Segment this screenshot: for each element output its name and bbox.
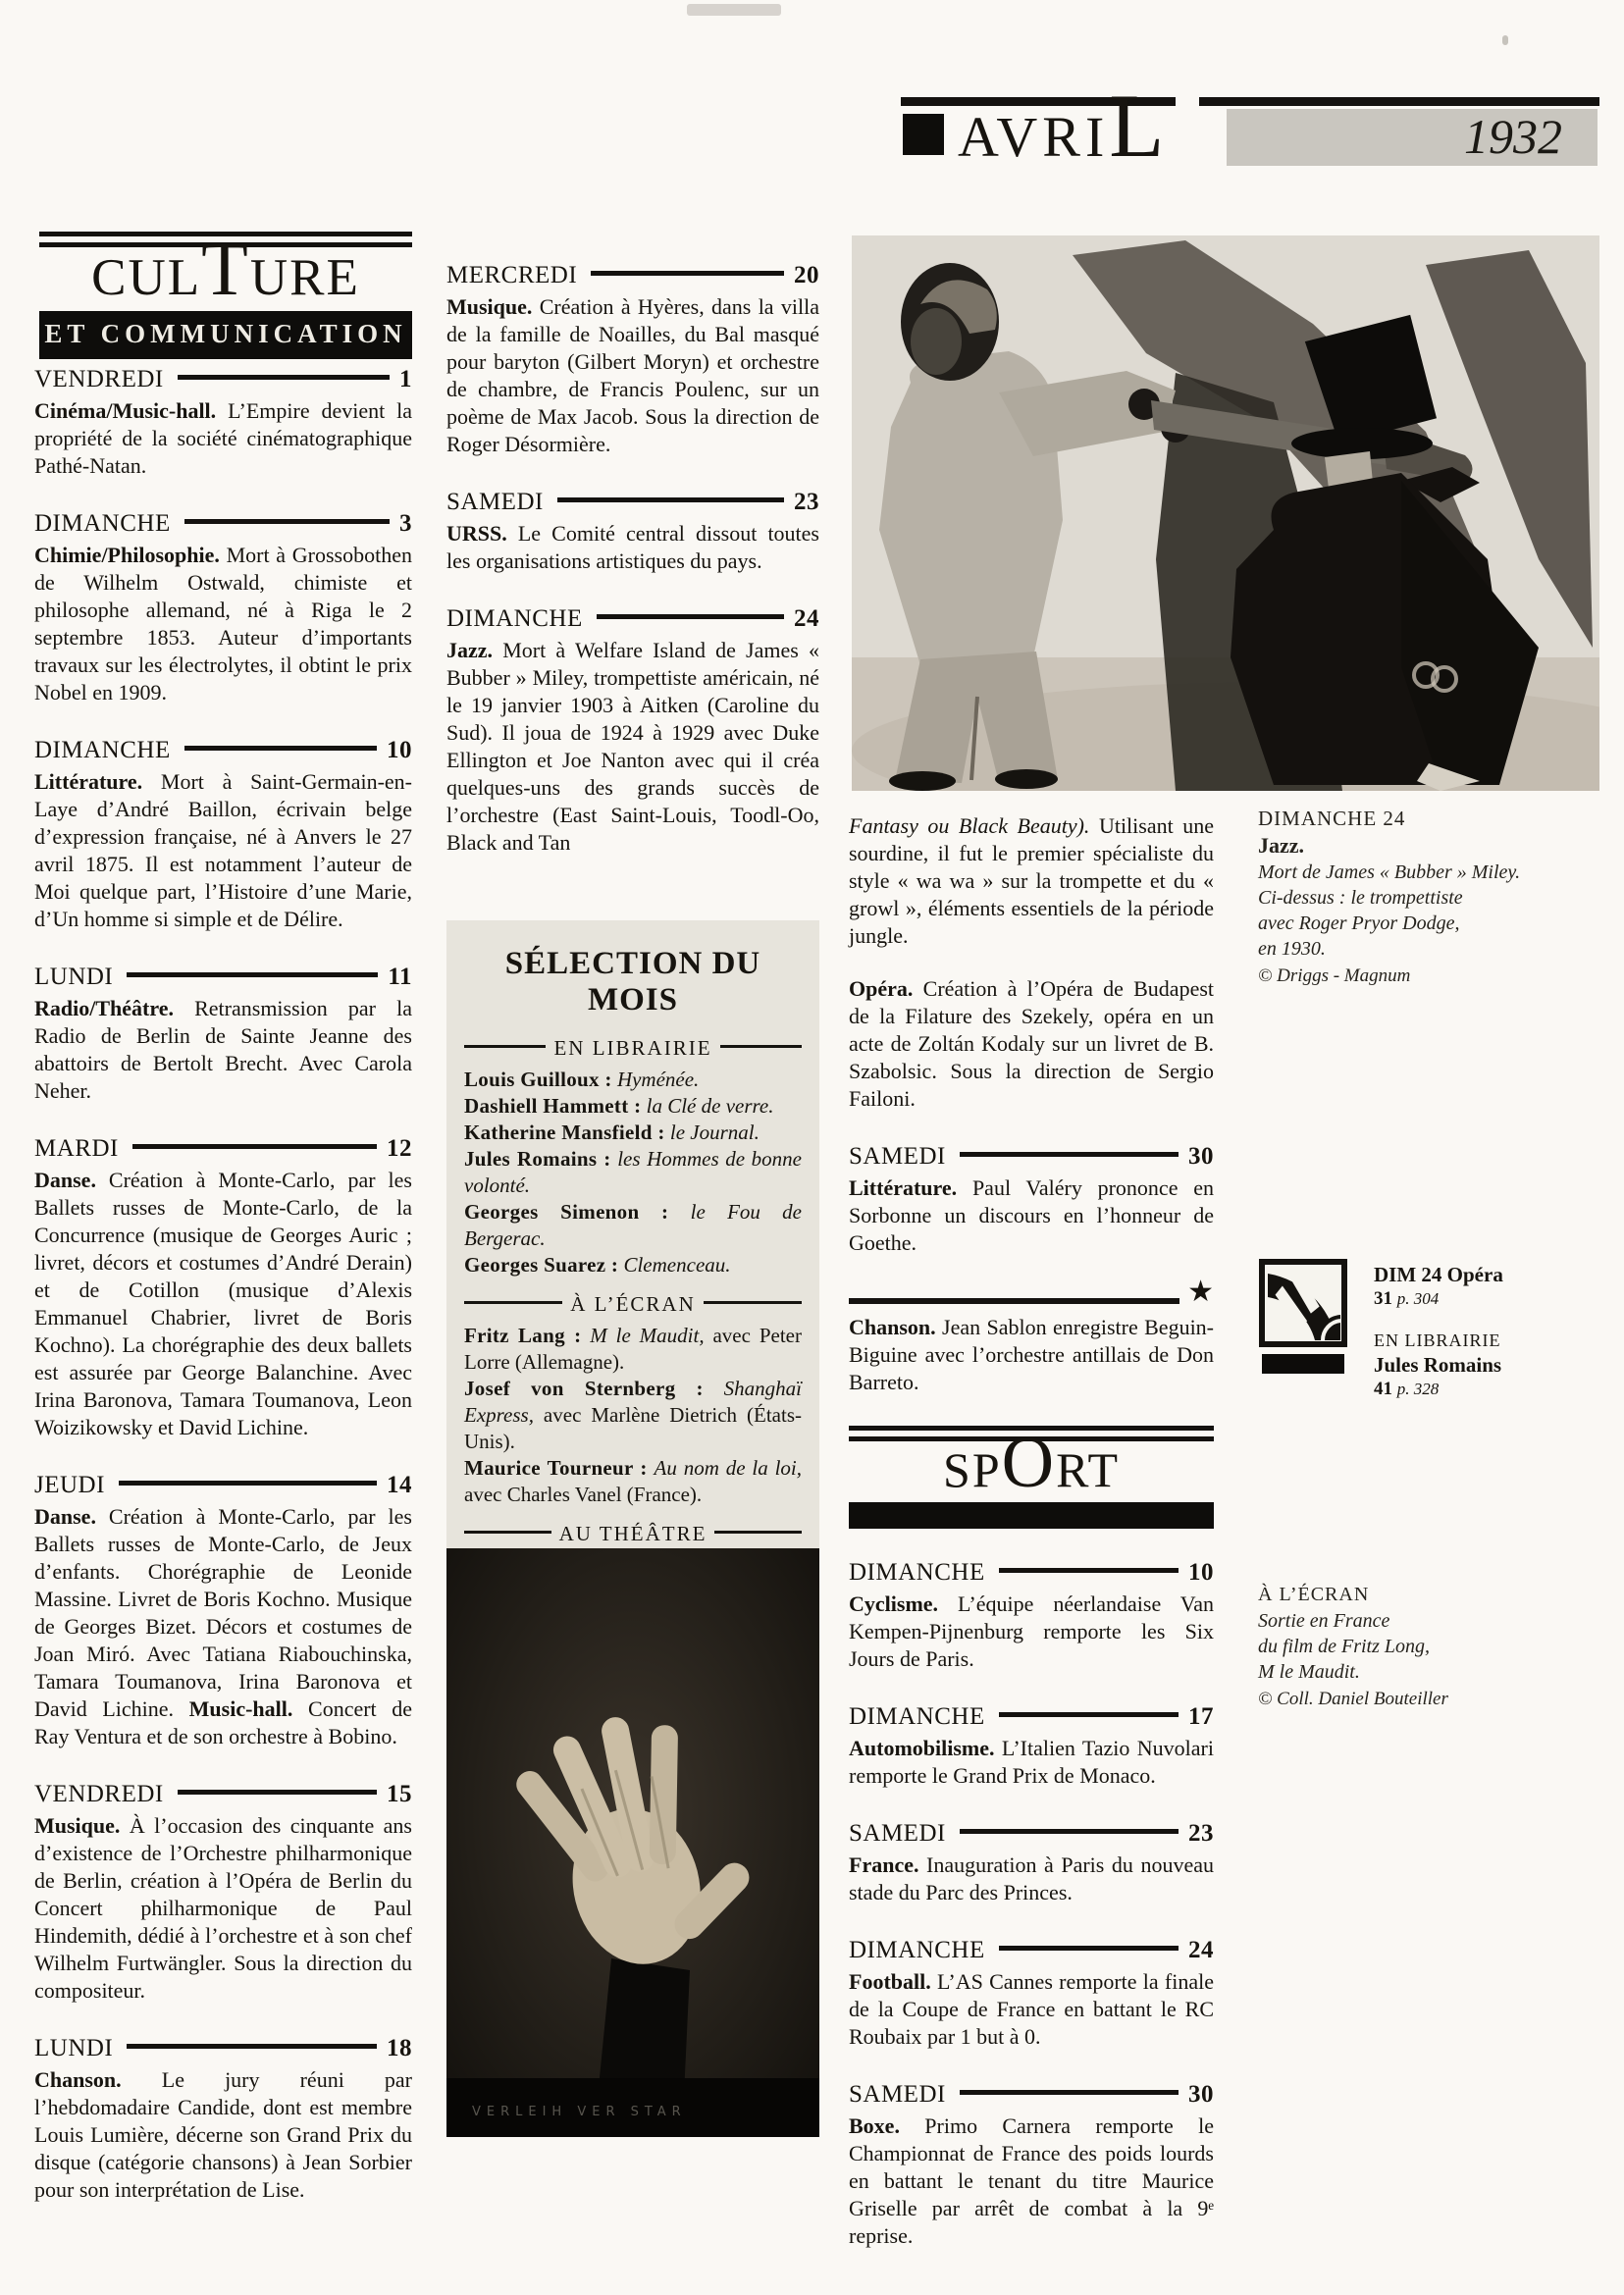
- selection-title: SÉLECTION DU MOIS: [464, 946, 802, 1018]
- work-title: Fantasy ou Black Beauty).: [849, 813, 1089, 838]
- event-entry: MARDI12 Danse. Création à Monte-Carlo, p…: [34, 1134, 412, 1441]
- culture-subtitle: ET COMMUNICATION: [44, 319, 406, 348]
- selection-item: Louis Guilloux : Hyménée.: [464, 1067, 802, 1093]
- entry-topic: Radio/Théâtre.: [34, 996, 174, 1020]
- culture-section-header: CULTURE ET COMMUNICATION: [39, 232, 412, 359]
- entry-date-number: 23: [1188, 1819, 1214, 1849]
- selection-item-title: le Journal.: [670, 1121, 760, 1144]
- culture-subtitle-bar: ET COMMUNICATION: [39, 311, 412, 359]
- ref-librairie-page: 41 p. 328: [1374, 1378, 1503, 1401]
- entry-day: LUNDI: [34, 2034, 113, 2063]
- opera-paragraph: Opéra. Création à l’Opéra de Budapest de…: [849, 975, 1214, 1113]
- entry-day-row: SAMEDI23: [446, 488, 819, 517]
- entry-day-row: DIMANCHE24: [446, 604, 819, 634]
- selection-subheading: AU THÉÂTRE: [464, 1522, 802, 1546]
- event-entry: SAMEDI23 France. Inauguration à Paris du…: [849, 1819, 1214, 1906]
- ref-librairie-name: Jules Romains: [1374, 1352, 1503, 1378]
- selection-item: Katherine Mansfield : le Journal.: [464, 1120, 802, 1146]
- selection-item: Josef von Sternberg : Shanghaï Express, …: [464, 1376, 802, 1455]
- selection-item: Georges Suarez : Clemenceau.: [464, 1252, 802, 1278]
- entry-day-row: DIMANCHE10: [34, 736, 412, 765]
- entry-topic: Automobilisme.: [849, 1736, 995, 1760]
- sport-section-header: SPORT: [849, 1426, 1214, 1529]
- entry-body: Cinéma/Music-hall. L’Empire devient la p…: [34, 397, 412, 480]
- leader-line: [999, 1712, 1179, 1717]
- entry-day-row: SAMEDI30: [849, 1142, 1214, 1172]
- leader-line: [960, 1152, 1179, 1157]
- entry-date-number: 24: [1188, 1936, 1214, 1965]
- entry-date-number: 17: [1188, 1702, 1214, 1732]
- ref-opera-page: 31 p. 304: [1374, 1287, 1503, 1311]
- entry-topic: Jazz.: [446, 638, 493, 662]
- selection-item-title: la Clé de verre.: [647, 1094, 774, 1118]
- leader-line: [999, 1568, 1179, 1573]
- cross-reference-block: DIM 24 Opéra 31 p. 304 EN LIBRAIRIE Jule…: [1258, 1258, 1592, 1401]
- leader-line: [178, 1790, 377, 1795]
- caption-line: du film de Fritz Long,: [1258, 1634, 1572, 1659]
- event-entry: DIMANCHE17 Automobilisme. L’Italien Tazi…: [849, 1702, 1214, 1790]
- selection-item: Jules Romains : les Hommes de bonne volo…: [464, 1146, 802, 1199]
- selection-item-author: Katherine Mansfield :: [464, 1121, 665, 1144]
- sport-title: SPORT: [849, 1435, 1214, 1497]
- opera-disc-icon: [1258, 1258, 1348, 1401]
- leader-line: [127, 972, 378, 977]
- scan-artifact: [687, 4, 781, 16]
- event-entry: DIMANCHE10 Littérature. Mort à Saint-Ger…: [34, 736, 412, 933]
- entry-body: URSS. Le Comité central dissout toutes l…: [446, 520, 819, 575]
- event-entry: DIMANCHE3 Chimie/Philosophie. Mort à Gro…: [34, 509, 412, 706]
- photo-strip-caption: VERLEIH VER STAR: [472, 2105, 687, 2119]
- starred-rule: ★: [849, 1286, 1214, 1304]
- ref-page-number: p. 328: [1397, 1380, 1440, 1398]
- event-entry: SAMEDI30 Littérature. Paul Valéry pronon…: [849, 1142, 1214, 1257]
- leader-line: [119, 1481, 377, 1486]
- leader-line: [127, 2044, 377, 2049]
- culture-title-big-letter: T: [201, 226, 250, 311]
- entry-date-number: 1: [399, 365, 412, 394]
- entry-date-number: 18: [387, 2034, 412, 2063]
- selection-item-title: M le Maudit,: [590, 1324, 704, 1347]
- middle-column: MERCREDI20 Musique. Création à Hyères, d…: [446, 261, 819, 886]
- entry-body: Danse. Création à Monte-Carlo, par les B…: [34, 1503, 412, 1750]
- sport-title-pre: SP: [943, 1442, 1002, 1497]
- entry-day-row: MARDI12: [34, 1134, 412, 1164]
- sport-black-bar: [849, 1502, 1214, 1529]
- entry-topic: Musique.: [34, 1813, 120, 1838]
- entry-body: Danse. Création à Monte-Carlo, par les B…: [34, 1167, 412, 1441]
- event-entry: SAMEDI23 URSS. Le Comité central dissout…: [446, 488, 819, 575]
- chanson-paragraph: Chanson. Jean Sablon enregistre Beguin-B…: [849, 1314, 1214, 1396]
- leader-line: [960, 2090, 1179, 2095]
- caption-line: avec Roger Pryor Dodge,: [1258, 911, 1552, 936]
- leader-line: [184, 519, 390, 524]
- entry-body: Chimie/Philosophie. Mort à Grossobothen …: [34, 542, 412, 706]
- selection-item: Fritz Lang : M le Maudit, avec Peter Lor…: [464, 1323, 802, 1376]
- entry-day: MERCREDI: [446, 261, 577, 290]
- selection-item-title: Hyménée.: [617, 1068, 699, 1091]
- entry-body: Musique. À l’occasion des cinquante ans …: [34, 1812, 412, 2005]
- event-entry: DIMANCHE10 Cyclisme. L’équipe néerlandai…: [849, 1558, 1214, 1673]
- entry-day: SAMEDI: [849, 1819, 946, 1849]
- selection-item-author: Fritz Lang :: [464, 1324, 581, 1347]
- culture-title: CULTURE: [39, 239, 412, 307]
- caption-line: M le Maudit.: [1258, 1659, 1572, 1685]
- ref-librairie-label: EN LIBRAIRIE: [1374, 1329, 1503, 1352]
- ref-number: 41: [1374, 1379, 1392, 1399]
- sport-title-big-letter: O: [1002, 1423, 1056, 1503]
- entry-day: DIMANCHE: [849, 1936, 985, 1965]
- caption-line: Mort de James « Bubber » Miley.: [1258, 860, 1552, 885]
- entry-body: Boxe. Primo Carnera remporte le Champion…: [849, 2112, 1214, 2250]
- sport-title-post: RT: [1056, 1442, 1120, 1497]
- entry-date-number: 30: [1188, 1142, 1214, 1172]
- entry-day-row: SAMEDI23: [849, 1819, 1214, 1849]
- selection-item-author: Louis Guilloux :: [464, 1068, 612, 1091]
- entry-day: DIMANCHE: [34, 736, 171, 765]
- entry-date-number: 30: [1188, 2080, 1214, 2110]
- entry-text: Création à Monte-Carlo, par les Ballets …: [34, 1168, 412, 1439]
- star-icon: ★: [1187, 1286, 1214, 1298]
- selection-subheading: EN LIBRAIRIE: [464, 1036, 802, 1061]
- rule-line: [720, 1045, 802, 1048]
- entry-topic: Chimie/Philosophie.: [34, 543, 220, 567]
- entry-day: VENDREDI: [34, 1780, 164, 1809]
- entry-date-number: 10: [1188, 1558, 1214, 1588]
- selection-item-author: Dashiell Hammett :: [464, 1094, 641, 1118]
- rule-line: [714, 1531, 802, 1534]
- hand-photo-illustration: VERLEIH VER STAR: [446, 1548, 819, 2137]
- culture-title-post: URE: [250, 249, 360, 306]
- entry-day-row: DIMANCHE10: [849, 1558, 1214, 1588]
- entry-day-row: DIMANCHE3: [34, 509, 412, 539]
- cross-reference-text: DIM 24 Opéra 31 p. 304 EN LIBRAIRIE Jule…: [1374, 1258, 1503, 1401]
- caption-topic: Jazz.: [1258, 832, 1552, 860]
- masthead-rule-right: [1199, 97, 1599, 106]
- entry-date-number: 15: [387, 1780, 412, 1809]
- event-entry: VENDREDI1 Cinéma/Music-hall. L’Empire de…: [34, 365, 412, 480]
- entry-date-number: 12: [387, 1134, 412, 1164]
- culture-column: VENDREDI1 Cinéma/Music-hall. L’Empire de…: [34, 365, 412, 2233]
- entry-body: Littérature. Paul Valéry prononce en Sor…: [849, 1174, 1214, 1257]
- rule-line: [464, 1531, 551, 1534]
- entry-topic: Chanson.: [849, 1315, 936, 1339]
- entry-day-row: VENDREDI15: [34, 1780, 412, 1809]
- entry-topic: Danse.: [34, 1168, 96, 1192]
- entry-date-number: 20: [794, 261, 819, 290]
- ref-number: 31: [1374, 1288, 1392, 1309]
- selection-item: Dashiell Hammett : la Clé de verre.: [464, 1093, 802, 1120]
- entry-day-row: JEUDI14: [34, 1471, 412, 1500]
- entry-date-number: 11: [388, 963, 412, 992]
- photo-caption-jazz: DIMANCHE 24 Jazz. Mort de James « Bubber…: [1258, 805, 1552, 989]
- entry-topic: Boxe.: [849, 2113, 900, 2138]
- entry-day: JEUDI: [34, 1471, 105, 1500]
- selection-item-author: Jules Romains :: [464, 1147, 611, 1171]
- caption-day: DIMANCHE 24: [1258, 805, 1552, 832]
- entry-body: Football. L’AS Cannes remporte la finale…: [849, 1968, 1214, 2051]
- entry-day: DIMANCHE: [849, 1558, 985, 1588]
- rule-line: [464, 1045, 546, 1048]
- event-entry: JEUDI14 Danse. Création à Monte-Carlo, p…: [34, 1471, 412, 1750]
- jazz-photograph: [852, 235, 1599, 791]
- entry-day-row: LUNDI18: [34, 2034, 412, 2063]
- selection-item-detail: avec Charles Vanel (France).: [464, 1483, 702, 1506]
- entry-text: Création à Monte-Carlo, par les Ballets …: [34, 1504, 412, 1721]
- entry-topic: Cyclisme.: [849, 1591, 938, 1616]
- entry-topic: Football.: [849, 1969, 931, 1994]
- rule-line: [849, 1298, 1179, 1304]
- entry-date-number: 10: [387, 736, 412, 765]
- entry-day: LUNDI: [34, 963, 113, 992]
- caption-line: Sortie en France: [1258, 1608, 1572, 1634]
- entry-date-number: 23: [794, 488, 819, 517]
- entry-topic: Musique.: [446, 294, 532, 319]
- month-title-text: AVRI: [958, 105, 1109, 169]
- magazine-page: { "masthead": { "month_pre": "AVRI", "mo…: [0, 0, 1624, 2295]
- selection-item-author: Maurice Tourneur :: [464, 1456, 648, 1480]
- event-entry: DIMANCHE24 Jazz. Mort à Welfare Island d…: [446, 604, 819, 857]
- selection-item-title: Au nom de la loi,: [655, 1456, 802, 1480]
- entry-body: Littérature. Mort à Saint-Germain-en-Lay…: [34, 768, 412, 933]
- year-label: 1932: [1464, 109, 1562, 164]
- event-entry: LUNDI11 Radio/Théâtre. Retransmission pa…: [34, 963, 412, 1105]
- leader-line: [999, 1946, 1179, 1951]
- photo-credit: © Driggs - Magnum: [1258, 964, 1552, 989]
- selection-subheading-label: EN LIBRAIRIE: [553, 1036, 711, 1061]
- ref-page-number: p. 304: [1397, 1289, 1440, 1308]
- entry-day: DIMANCHE: [446, 604, 583, 634]
- entry-date-number: 3: [399, 509, 412, 539]
- leader-line: [178, 375, 390, 380]
- entry-day-row: LUNDI11: [34, 963, 412, 992]
- entry-day-row: DIMANCHE17: [849, 1702, 1214, 1732]
- entry-date-number: 14: [387, 1471, 412, 1500]
- entry-text: Primo Carnera remporte le Championnat de…: [849, 2113, 1214, 2248]
- entry-day: DIMANCHE: [849, 1702, 985, 1732]
- caption-title: À L’ÉCRAN: [1258, 1582, 1572, 1608]
- entry-day-row: DIMANCHE24: [849, 1936, 1214, 1965]
- entry-day: DIMANCHE: [34, 509, 171, 539]
- entry-body: Musique. Création à Hyères, dans la vill…: [446, 293, 819, 458]
- ref-opera-label: DIM 24 Opéra: [1374, 1262, 1503, 1287]
- entry-topic: France.: [849, 1852, 918, 1877]
- entry-body: Jazz. Mort à Welfare Island de James « B…: [446, 637, 819, 857]
- masthead-square-bullet: [903, 114, 944, 155]
- entry-day: MARDI: [34, 1134, 119, 1164]
- year-box: 1932: [1227, 109, 1598, 166]
- entry-text: À l’occasion des cinquante ans d’existen…: [34, 1813, 412, 2003]
- jazz-photo-illustration: [852, 235, 1599, 791]
- entry-date-number: 24: [794, 604, 819, 634]
- entry-body: France. Inauguration à Paris du nouveau …: [849, 1852, 1214, 1906]
- entry-topic: Cinéma/Music-hall.: [34, 398, 216, 423]
- entry-topic: Littérature.: [34, 769, 142, 794]
- entry-day: SAMEDI: [849, 2080, 946, 2110]
- entry-day: SAMEDI: [849, 1142, 946, 1172]
- entry-topic: Littérature.: [849, 1175, 957, 1200]
- leader-line: [591, 271, 784, 276]
- event-entry: MERCREDI20 Musique. Création à Hyères, d…: [446, 261, 819, 458]
- leader-line: [132, 1144, 377, 1149]
- selection-subheading-label: À L’ÉCRAN: [570, 1292, 695, 1317]
- event-entry: DIMANCHE24 Football. L’AS Cannes remport…: [849, 1936, 1214, 2051]
- entry-body: Automobilisme. L’Italien Tazio Nuvolari …: [849, 1735, 1214, 1790]
- selection-item-title: Clemenceau.: [623, 1253, 730, 1277]
- event-entry: SAMEDI30 Boxe. Primo Carnera remporte le…: [849, 2080, 1214, 2250]
- photo-caption-ecran: À L’ÉCRAN Sortie en France du film de Fr…: [1258, 1582, 1572, 1712]
- scan-artifact: [1502, 35, 1508, 45]
- selection-subheading-label: AU THÉÂTRE: [559, 1522, 707, 1546]
- rule-line: [704, 1301, 802, 1304]
- caption-line: Ci-dessus : le trompettiste: [1258, 885, 1552, 911]
- entry-body: Radio/Théâtre. Retransmission par la Rad…: [34, 995, 412, 1105]
- entry-body: Cyclisme. L’équipe néerlandaise Van Kemp…: [849, 1591, 1214, 1673]
- leader-line: [960, 1829, 1179, 1834]
- month-title-big-letter: L: [1109, 76, 1169, 176]
- right-column: Fantasy ou Black Beauty). Utilisant une …: [849, 812, 1214, 2279]
- rule-line: [464, 1301, 562, 1304]
- hand-photograph: VERLEIH VER STAR: [446, 1548, 819, 2137]
- entry-text: Mort à Welfare Island de James « Bubber …: [446, 638, 819, 855]
- selection-subheading: À L’ÉCRAN: [464, 1292, 802, 1317]
- entry-topic: Opéra.: [849, 976, 913, 1001]
- entry-topic: Music-hall.: [189, 1696, 293, 1721]
- culture-title-pre: CUL: [91, 249, 201, 306]
- leader-line: [184, 746, 377, 751]
- leader-line: [597, 614, 784, 619]
- caption-line: en 1930.: [1258, 936, 1552, 962]
- selection-item-author: Georges Suarez :: [464, 1253, 618, 1277]
- entry-day-row: SAMEDI30: [849, 2080, 1214, 2110]
- event-entry: VENDREDI15 Musique. À l’occasion des cin…: [34, 1780, 412, 2005]
- selection-item: Maurice Tourneur : Au nom de la loi, ave…: [464, 1455, 802, 1508]
- leader-line: [557, 497, 784, 502]
- entry-topic: Danse.: [34, 1504, 96, 1529]
- photo-credit: © Coll. Daniel Bouteiller: [1258, 1687, 1572, 1712]
- event-entry: LUNDI18 Chanson. Le jury réuni par l’heb…: [34, 2034, 412, 2204]
- entry-body: Chanson. Le jury réuni par l’hebdomadair…: [34, 2066, 412, 2204]
- selection-item-author: Georges Simenon :: [464, 1200, 668, 1224]
- entry-day-row: MERCREDI20: [446, 261, 819, 290]
- entry-topic: Chanson.: [34, 2067, 122, 2092]
- entry-day: VENDREDI: [34, 365, 164, 394]
- selection-item-author: Josef von Sternberg :: [464, 1377, 704, 1400]
- entry-day-row: VENDREDI1: [34, 365, 412, 394]
- entry-day: SAMEDI: [446, 488, 544, 517]
- selection-item: Georges Simenon : le Fou de Bergerac.: [464, 1199, 802, 1252]
- entry-topic: URSS.: [446, 521, 507, 546]
- jazz-continuation-paragraph: Fantasy ou Black Beauty). Utilisant une …: [849, 812, 1214, 950]
- month-title: AVRIL: [958, 84, 1170, 167]
